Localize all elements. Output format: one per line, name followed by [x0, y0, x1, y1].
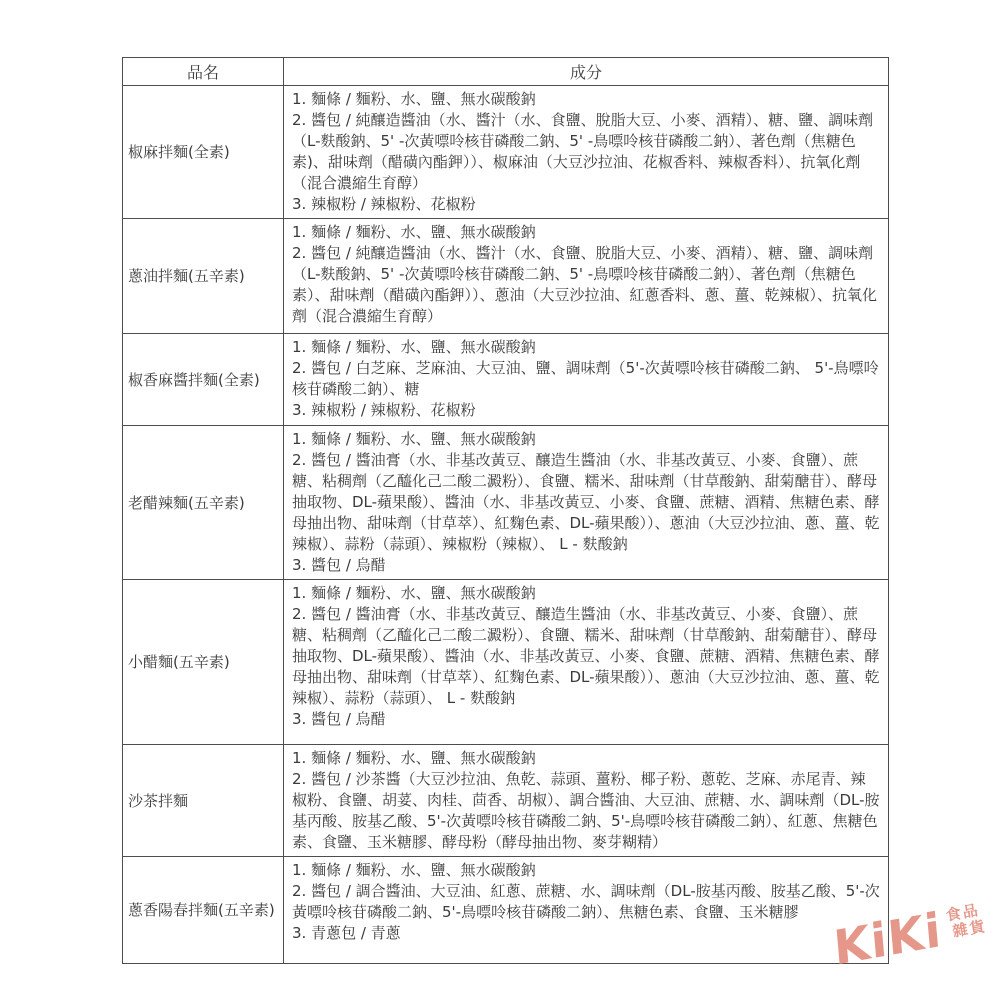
column-header-ingredients: 成分: [284, 58, 889, 86]
product-name: 蔥香陽春拌麵(五辛素): [123, 857, 284, 964]
table-row: 椒香麻醬拌麵(全素) 1. 麵條 / 麵粉、水、鹽、無水碳酸鈉 2. 醬包 / …: [123, 334, 889, 426]
product-ingredients: 1. 麵條 / 麵粉、水、鹽、無水碳酸鈉 2. 醬包 / 醬油膏（水、非基改黃豆…: [284, 426, 889, 580]
product-ingredients: 1. 麵條 / 麵粉、水、鹽、無水碳酸鈉 2. 醬包 / 沙茶醬（大豆沙拉油、魚…: [284, 745, 889, 857]
product-ingredients: 1. 麵條 / 麵粉、水、鹽、無水碳酸鈉 2. 醬包 / 純釀造醬油（水、醬汁（…: [284, 219, 889, 334]
product-name: 沙茶拌麵: [123, 745, 284, 857]
product-name: 椒麻拌麵(全素): [123, 86, 284, 219]
product-name: 椒香麻醬拌麵(全素): [123, 334, 284, 426]
product-name: 老醋辣麵(五辛素): [123, 426, 284, 580]
table-row: 沙茶拌麵 1. 麵條 / 麵粉、水、鹽、無水碳酸鈉 2. 醬包 / 沙茶醬（大豆…: [123, 745, 889, 857]
kiki-logo-tagline: 食品 雜貨: [945, 901, 988, 941]
table-row: 蔥油拌麵(五辛素) 1. 麵條 / 麵粉、水、鹽、無水碳酸鈉 2. 醬包 / 純…: [123, 219, 889, 334]
column-header-product-name: 品名: [123, 58, 284, 86]
table-header-row: 品名 成分: [123, 58, 889, 86]
table-row: 蔥香陽春拌麵(五辛素) 1. 麵條 / 麵粉、水、鹽、無水碳酸鈉 2. 醬包 /…: [123, 857, 889, 964]
product-ingredients: 1. 麵條 / 麵粉、水、鹽、無水碳酸鈉 2. 醬包 / 純釀造醬油（水、醬汁（…: [284, 86, 889, 219]
table-row: 椒麻拌麵(全素) 1. 麵條 / 麵粉、水、鹽、無水碳酸鈉 2. 醬包 / 純釀…: [123, 86, 889, 219]
table-row: 老醋辣麵(五辛素) 1. 麵條 / 麵粉、水、鹽、無水碳酸鈉 2. 醬包 / 醬…: [123, 426, 889, 580]
product-ingredients: 1. 麵條 / 麵粉、水、鹽、無水碳酸鈉 2. 醬包 / 調合醬油、大豆油、紅蔥…: [284, 857, 889, 964]
ingredients-table: 品名 成分 椒麻拌麵(全素) 1. 麵條 / 麵粉、水、鹽、無水碳酸鈉 2. 醬…: [122, 57, 889, 964]
product-name: 小醋麵(五辛素): [123, 580, 284, 745]
table-row: 小醋麵(五辛素) 1. 麵條 / 麵粉、水、鹽、無水碳酸鈉 2. 醬包 / 醬油…: [123, 580, 889, 745]
product-ingredients: 1. 麵條 / 麵粉、水、鹽、無水碳酸鈉 2. 醬包 / 醬油膏（水、非基改黃豆…: [284, 580, 889, 745]
product-ingredients: 1. 麵條 / 麵粉、水、鹽、無水碳酸鈉 2. 醬包 / 白芝麻、芝麻油、大豆油…: [284, 334, 889, 426]
tagline-grocery: 雜貨: [952, 918, 988, 941]
product-name: 蔥油拌麵(五辛素): [123, 219, 284, 334]
